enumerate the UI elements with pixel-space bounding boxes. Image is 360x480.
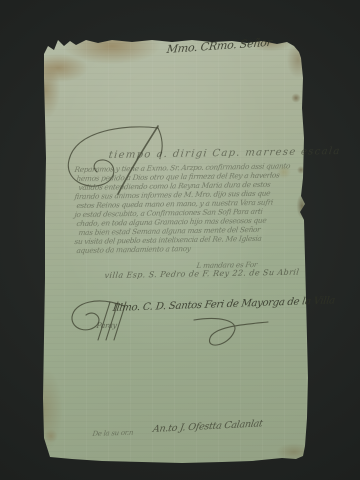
photograph-of-manuscript: Mmo. CRmo. Señor tiempo q. dirigi Cap. m…	[0, 0, 360, 480]
addressee-swash-icon	[188, 314, 272, 354]
docket-note: De la su or.n	[92, 429, 134, 438]
addressee-subline: Paray	[96, 321, 117, 330]
